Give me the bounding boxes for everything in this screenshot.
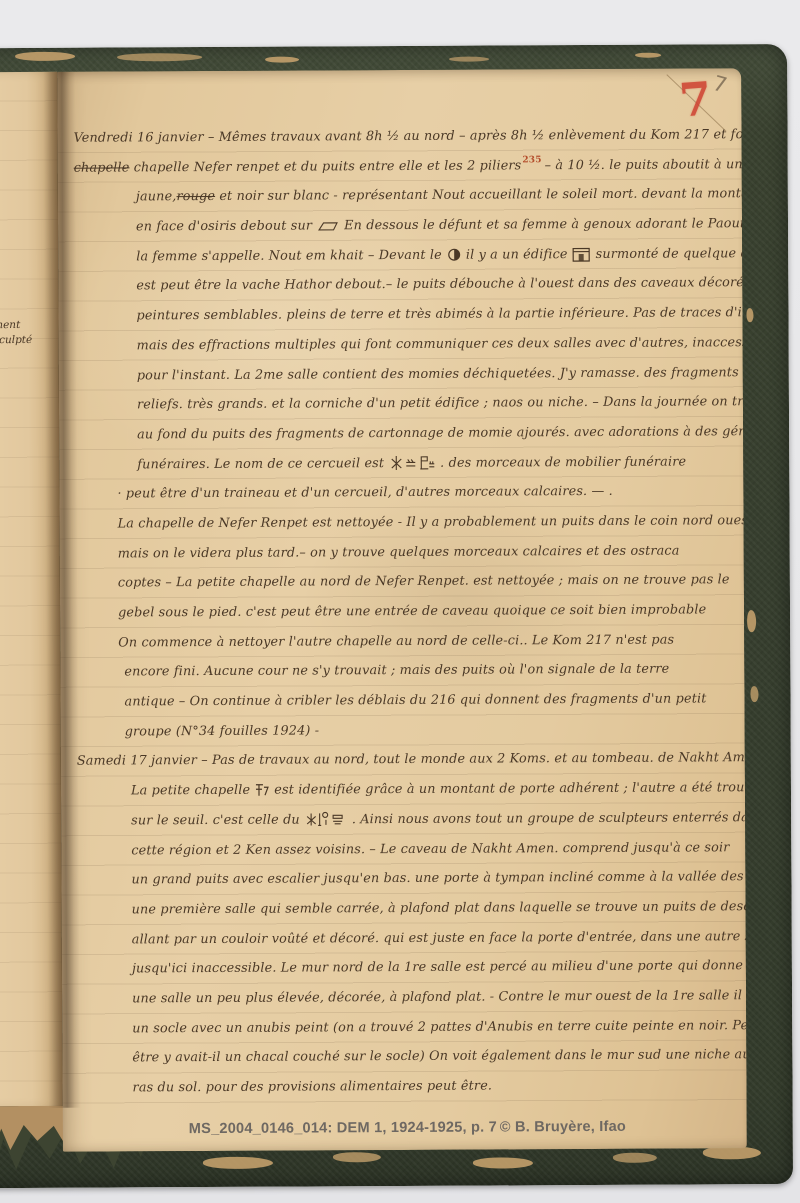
line-text: et noir sur blanc - représentant Nout ac… (215, 186, 747, 204)
notebook-scan: lement il sculpté 7 7 Vendredi 16 janvie… (0, 0, 800, 1203)
line-text: coptes – La petite chapelle au nord de N… (118, 573, 730, 591)
manuscript-line: jusqu'ici inaccessible. Le mur nord de l… (62, 951, 746, 984)
line-text: Samedi 17 janvier – Pas de travaux au no… (77, 751, 747, 770)
manuscript-line: La chapelle de Nefer Renpet est nettoyée… (60, 506, 744, 539)
manuscript-line: une salle un peu plus élevée, décorée, à… (62, 981, 746, 1014)
manuscript-line: encore fini. Aucune cour ne s'y trouvait… (60, 655, 744, 688)
manuscript-line: La petite chapelleest identifiée grâce à… (61, 773, 745, 806)
line-text: Vendredi 16 janvier – Mêmes travaux avan… (74, 127, 747, 146)
line-text: ras du sol. pour des provisions alimenta… (133, 1079, 493, 1096)
line-text: – à 10 ½. le puits aboutit à une porte p… (545, 156, 747, 173)
cover-wear-mark (635, 53, 661, 58)
line-text: il y a un édifice (466, 247, 568, 263)
superscript-number: 235 (522, 155, 541, 165)
line-text: surmonté de quelque chose qui (596, 246, 747, 262)
line-text: reliefs. très grands. et la corniche d'u… (137, 394, 747, 412)
edifice-sketch (573, 247, 591, 262)
line-text: On commence à nettoyer l'autre chapelle … (118, 632, 674, 650)
manuscript-line: cette région et 2 Ken assez voisins. – L… (61, 833, 745, 866)
manuscript-line: Samedi 17 janvier – Pas de travaux au no… (61, 744, 745, 777)
line-text: . Ainsi nous avons tout un groupe de scu… (352, 810, 747, 827)
cover-wear-mark (203, 1157, 273, 1169)
manuscript-line: en face d'osiris debout surEn dessous le… (58, 209, 742, 242)
line-text: jaune, (136, 190, 177, 205)
line-text: est peut être la vache Hathor debout.– l… (136, 275, 747, 293)
cover-wear-mark (746, 308, 753, 322)
manuscript-line: la femme s'appelle. Nout em khait – Deva… (58, 239, 742, 272)
line-text: allant par un couloir voûté et décoré. q… (132, 929, 747, 947)
manuscript-line: On commence à nettoyer l'autre chapelle … (60, 625, 744, 658)
line-text: gebel sous le pied. c'est peut être une … (118, 602, 706, 620)
caption-copyright: © B. Bruyère, Ifao (500, 1119, 626, 1136)
line-text: peintures semblables. pleins de terre et… (136, 305, 746, 323)
manuscript-line: Vendredi 16 janvier – Mêmes travaux avan… (57, 120, 741, 153)
sun-disk-sketch (447, 248, 461, 262)
line-text: jusqu'ici inaccessible. Le mur nord de l… (132, 958, 747, 976)
line-text: être y avait-il un chacal couché sur le … (132, 1047, 747, 1065)
line-text: groupe (N°34 fouilles 1924) - (125, 723, 320, 739)
line-text: La chapelle de Nefer Renpet est nettoyée… (118, 513, 747, 531)
margin-note-line: lement (0, 318, 54, 333)
line-text: mais on le videra plus tard.– on y trouv… (118, 543, 680, 561)
line-text: une salle un peu plus élevée, décorée, à… (132, 988, 747, 1006)
hieroglyphs-sketch (305, 810, 347, 830)
manuscript-line: · peut être d'un traineau et d'un cercue… (59, 476, 743, 509)
manuscript-line: un socle avec un anubis peint (on a trou… (62, 1011, 746, 1044)
line-text: une première salle qui semble carrée, à … (132, 899, 747, 917)
line-text: En dessous le défunt et sa femme à genou… (344, 216, 747, 233)
line-text: pour l'instant. La 2me salle contient de… (137, 364, 747, 382)
manuscript-line: funéraires. Le nom de ce cercueil est. d… (59, 447, 743, 480)
manuscript-line: sur le seuil. c'est celle du. Ainsi nous… (61, 803, 745, 836)
manuscript-line: une première salle qui semble carrée, à … (62, 892, 746, 925)
line-text: La petite chapelle (131, 783, 250, 799)
manuscript-line: gebel sous le pied. c'est peut être une … (60, 595, 744, 628)
manuscript-page: 7 7 Vendredi 16 janvier – Mêmes travaux … (57, 68, 747, 1152)
hieroglyphs-sketch (389, 453, 435, 473)
margin-note: lement il sculpté (0, 318, 54, 348)
chapel-glyph-sketch (255, 783, 269, 798)
manuscript-line: coptes – La petite chapelle au nord de N… (60, 566, 744, 599)
manuscript-line: groupe (N°34 fouilles 1924) - (61, 714, 745, 747)
manuscript-line: pour l'instant. La 2me salle contient de… (59, 358, 743, 391)
manuscript-line: au fond du puits des fragments de carton… (59, 417, 743, 450)
manuscript-line: ras du sol. pour des provisions alimenta… (62, 1070, 746, 1103)
socle-sketch (317, 221, 339, 231)
caption-reference: MS_2004_0146_014: DEM 1, 1924-1925, p. 7 (189, 1119, 497, 1137)
line-text: au fond du puits des fragments de carton… (137, 424, 747, 442)
cover-wear-mark (613, 1153, 657, 1163)
line-text: funéraires. Le nom de ce cercueil est (137, 456, 384, 472)
margin-note-line: il sculpté (0, 333, 54, 348)
line-text: cette région et 2 Ken assez voisins. – L… (131, 840, 729, 858)
manuscript-line: antique – On continue à cribler les débl… (60, 684, 744, 717)
line-text: est identifiée grâce à un montant de por… (274, 780, 747, 798)
manuscript-line: allant par un couloir voûté et décoré. q… (62, 922, 746, 955)
line-text: antique – On continue à cribler les débl… (124, 691, 706, 709)
line-text: sur le seuil. c'est celle du (131, 812, 300, 828)
line-text: mais des effractions multiples qui font … (137, 335, 747, 353)
manuscript-line: mais on le videra plus tard.– on y trouv… (60, 536, 744, 569)
line-text: la femme s'appelle. Nout em khait – Deva… (136, 248, 442, 265)
page-number-pencil: 7 (710, 71, 729, 98)
manuscript-line: mais des effractions multiples qui font … (59, 328, 743, 361)
manuscript-line: être y avait-il un chacal couché sur le … (62, 1041, 746, 1074)
line-text: . des morceaux de mobilier funéraire (440, 454, 686, 470)
handwritten-text: Vendredi 16 janvier – Mêmes travaux avan… (57, 120, 746, 1124)
line-text: chapelle Nefer renpet et du puits entre … (129, 158, 521, 175)
line-text: un grand puits avec escalier jusqu'en ba… (131, 869, 746, 887)
line-text: un socle avec un anubis peint (on a trou… (132, 1018, 747, 1036)
facing-page: lement il sculpté (0, 72, 63, 1108)
cover-wear-mark (265, 57, 299, 63)
line-text: · peut être d'un traineau et d'un cercue… (117, 484, 613, 502)
struck-word: chapelle (74, 160, 130, 175)
cover-wear-mark (747, 610, 756, 632)
cover-wear-mark (750, 686, 758, 702)
struck-word: rouge (176, 189, 215, 204)
manuscript-line: un grand puits avec escalier jusqu'en ba… (61, 862, 745, 895)
line-text: en face d'osiris debout sur (136, 219, 312, 235)
line-text: encore fini. Aucune cour ne s'y trouvait… (124, 662, 669, 680)
page-number-stamp: 7 (678, 75, 713, 123)
cover-wear-mark (473, 1157, 533, 1168)
manuscript-line: peintures semblables. pleins de terre et… (58, 298, 742, 331)
manuscript-line: reliefs. très grands. et la corniche d'u… (59, 387, 743, 420)
manuscript-line: jaune,rouge et noir sur blanc - représen… (58, 180, 742, 213)
manuscript-line: chapelle chapelle Nefer renpet et du pui… (58, 150, 742, 183)
manuscript-line: est peut être la vache Hathor debout.– l… (58, 269, 742, 302)
cover-wear-mark (333, 1152, 381, 1162)
